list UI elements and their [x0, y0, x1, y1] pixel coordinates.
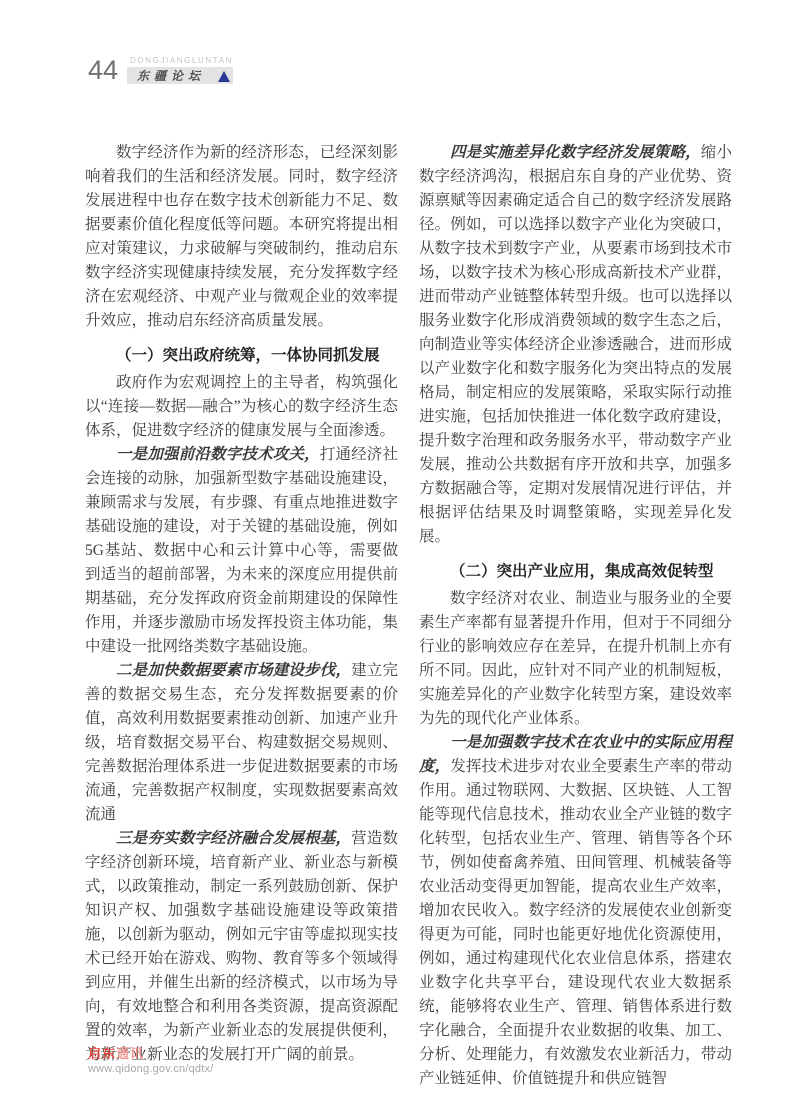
intro-paragraph: 数字经济作为新的经济形态，已经深刻影响着我们的生活和经济发展。同时，数字经济发展…	[85, 141, 398, 333]
paragraph-text: 发挥技术进步对农业全要素生产率的带动作用。通过物联网、大数据、区块链、人工智能等…	[419, 758, 732, 1087]
article-body: 数字经济作为新的经济形态，已经深刻影响着我们的生活和经济发展。同时，数字经济发展…	[85, 141, 732, 1091]
body-paragraph: 三是夯实数字经济融合发展根基，营造数字经济创新环境，培育新产业、新业态与新模式，…	[85, 827, 398, 1067]
section-heading-2: （二）突出产业应用，集成高效促转型	[419, 560, 732, 584]
body-paragraph: 政府作为宏观调控上的主导者，构筑强化以“连接—数据—融合”为核心的数字经济生态体…	[85, 371, 398, 443]
paragraph-text: 缩小数字经济鸿沟，根据启东自身的产业优势、资源禀赋等因素确定适合自己的数字经济发…	[419, 144, 732, 545]
body-paragraph: 一是加强前沿数字技术攻关，打通经济社会连接的动脉，加强新型数字基础设施建设，兼顾…	[85, 443, 398, 659]
brand-name-primary: 启东	[88, 1046, 116, 1061]
paragraph-lead: 二是加快数据要素市场建设步伐，	[116, 662, 351, 679]
journal-title: 东疆论坛	[137, 67, 205, 84]
left-column: 数字经济作为新的经济形态，已经深刻影响着我们的生活和经济发展。同时，数字经济发展…	[85, 141, 398, 1091]
footer-url: www.qidong.gov.cn/qdtx/	[88, 1063, 213, 1075]
section-heading-1: （一）突出政府统筹，一体协同抓发展	[85, 344, 398, 368]
body-paragraph: 二是加快数据要素市场建设步伐，建立完善的数据交易生态，充分发挥数据要素的价值，高…	[85, 659, 398, 827]
triangle-icon	[218, 71, 230, 82]
page-number: 44	[88, 57, 118, 84]
journal-pinyin: DONGJIANGLUNTAN	[130, 56, 233, 65]
journal-title-box: 东疆论坛	[127, 67, 233, 84]
paragraph-lead: 四是实施差异化数字经济发展策略，	[450, 144, 701, 161]
paragraph-text: 营造数字经济创新环境，培育新产业、新业态与新模式，以政策推动，制定一系列鼓励创新…	[85, 830, 398, 1063]
paragraph-text: 打通经济社会连接的动脉，加强新型数字基础设施建设，兼顾需求与发展，有步骤、有重点…	[85, 446, 398, 655]
body-paragraph: 一是加强数字技术在农业中的实际应用程度，发挥技术进步对农业全要素生产率的带动作用…	[419, 731, 732, 1091]
paragraph-lead: 一是加强前沿数字技术攻关，	[116, 446, 320, 463]
right-column: 四是实施差异化数字经济发展策略，缩小数字经济鸿沟，根据启东自身的产业优势、资源禀…	[419, 141, 732, 1091]
journal-logo: DONGJIANGLUNTAN 东疆论坛	[127, 56, 233, 84]
page-header: 44 DONGJIANGLUNTAN 东疆论坛	[88, 56, 233, 84]
body-paragraph: 数字经济对农业、制造业与服务业的全要素生产率都有显著提升作用，但对于不同细分行业…	[419, 587, 732, 731]
paragraph-lead: 三是夯实数字经济融合发展根基，	[116, 830, 351, 847]
brand-name-secondary: 通讯	[116, 1046, 144, 1061]
page-footer: 启东通讯 www.qidong.gov.cn/qdtx/	[88, 1046, 213, 1075]
brand-logo: 启东通讯	[88, 1046, 213, 1062]
body-paragraph: 四是实施差异化数字经济发展策略，缩小数字经济鸿沟，根据启东自身的产业优势、资源禀…	[419, 141, 732, 549]
paragraph-text: 建立完善的数据交易生态，充分发挥数据要素的价值，高效利用数据要素推动创新、加速产…	[85, 662, 398, 823]
